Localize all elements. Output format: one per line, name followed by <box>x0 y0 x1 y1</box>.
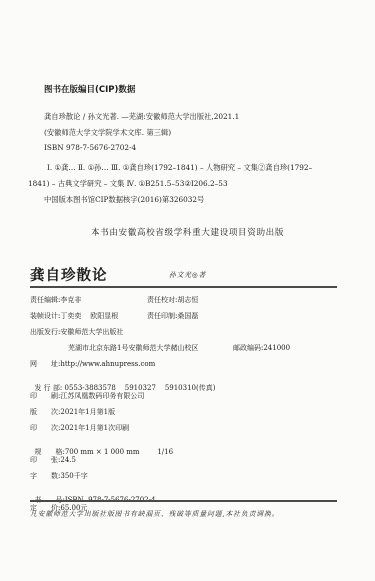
detail-label: 印 次: <box>30 424 60 432</box>
detail-value: 2021年1月第1版 <box>60 408 115 416</box>
credit-label: 责任校对: <box>147 296 177 304</box>
cip-classification-2: 1841) – 古典文学研究 – 文集 Ⅳ. ①B251.5–53②I206.2… <box>28 176 228 192</box>
publisher-label: 出版发行: <box>30 328 60 336</box>
detail-value: 江苏凤凰数码印务有限公司 <box>60 392 144 400</box>
detail-word-count: 字 数:350千字 <box>30 471 88 481</box>
publisher-line: 出版发行:安徽师范大学出版社 <box>30 327 123 337</box>
credit-label: 责任编辑: <box>30 296 60 304</box>
publisher-name: 安徽师范大学出版社 <box>60 328 123 336</box>
detail-value: 2021年1月第1次印刷 <box>60 424 129 432</box>
sponsor-note: 本书由安徽高校省级学科重大建设项目资助出版 <box>0 226 375 238</box>
divider-bottom <box>30 500 337 502</box>
credit-label: 责任印制: <box>147 312 177 320</box>
detail-sheets: 印 张:24.5 <box>30 455 76 465</box>
detail-edition: 版 次:2021年1月第1版 <box>30 407 115 417</box>
divider-top <box>30 286 337 288</box>
footer-notice: 凡安徽师范大学出版社版图书有缺漏页、残破等质量问题,本社负责调换。 <box>30 508 279 518</box>
website-link[interactable]: http://www.ahnupress.com <box>60 360 155 368</box>
credit-value: 桑国磊 <box>177 312 198 320</box>
cip-line-title: 龚自珍散论 / 孙文光著. —芜湖:安徽师范大学出版社,2021.1 <box>44 112 239 122</box>
detail-printer: 印 刷:江苏凤凰数码印务有限公司 <box>30 391 144 401</box>
cip-number: 中国版本图书馆CIP数据核字(2016)第326032号 <box>44 195 204 205</box>
credit-value: 丁奕奕 欧阳显根 <box>60 312 118 320</box>
detail-label: 印 刷: <box>30 392 60 400</box>
detail-label: 字 数: <box>30 472 60 480</box>
publisher-address: 芜湖市北京东路1号安徽师范大学赭山校区 <box>68 343 198 353</box>
detail-value: 700 mm × 1 000 mm 1/16 <box>65 448 173 456</box>
publisher-postcode: 邮政编码:241000 <box>233 343 290 353</box>
detail-label: 版 次: <box>30 408 60 416</box>
detail-website: 网 址:http://www.ahnupress.com <box>30 359 155 369</box>
credit-proofreader: 责任校对:胡志恒 <box>147 295 198 305</box>
credit-value: 胡志恒 <box>177 296 198 304</box>
detail-label: 网 址: <box>30 360 60 368</box>
credit-editor: 责任编辑:李克非 <box>30 295 81 305</box>
detail-value: 350千字 <box>60 472 87 480</box>
cip-line-isbn: ISBN 978-7-5676-2702-4 <box>44 143 136 152</box>
credit-design: 装帧设计:丁奕奕 欧阳显根 <box>30 311 118 321</box>
cip-classification-1: Ⅰ. ①龚… Ⅱ. ①孙… Ⅲ. ①龚自珍(1792–1841) – 人物研究 … <box>47 160 312 176</box>
detail-printing: 印 次:2021年1月第1次印刷 <box>30 423 129 433</box>
cip-line-series: (安徽师范大学文学院学术文库. 第三辑) <box>44 128 171 138</box>
book-author: 孙文光◎著 <box>169 269 206 279</box>
credit-printing: 责任印制:桑国磊 <box>147 311 198 321</box>
book-title: 龚自珍散论 <box>30 264 108 285</box>
credit-label: 装帧设计: <box>30 312 60 320</box>
cip-heading: 图书在版编目(CIP)数据 <box>44 83 135 95</box>
detail-value: 24.5 <box>60 456 76 464</box>
credit-value: 李克非 <box>60 296 81 304</box>
detail-label: 印 张: <box>30 456 60 464</box>
